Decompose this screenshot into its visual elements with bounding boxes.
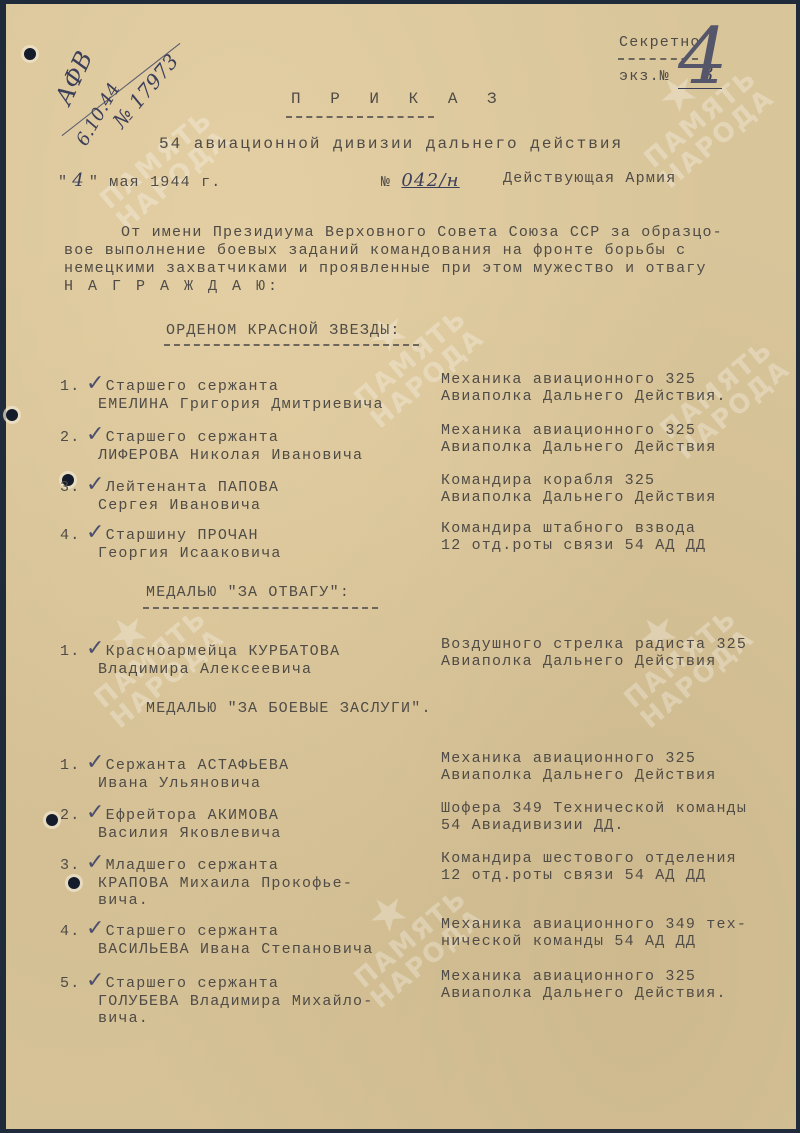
award-position: Механика авиационного 325Авиаполка Дальн…	[441, 968, 786, 1002]
award-position: Механика авиационного 325Авиаполка Дальн…	[441, 422, 786, 456]
date-month-year: мая 1944 г.	[109, 174, 221, 191]
award-position: Командира шестового отделения12 отд.роты…	[441, 850, 786, 884]
check-icon: ✓	[86, 422, 106, 447]
order-number-value: 042/н	[401, 170, 459, 191]
preamble-line: вое выполнение боевых заданий командован…	[64, 242, 686, 259]
award-entry: 2.✓Старшего сержанта ЛИФЕРОВА Николая Ив…	[60, 422, 440, 464]
check-icon: ✓	[86, 916, 106, 941]
award-entry: 5.✓Старшего сержанта ГОЛУБЕВА Владимира …	[60, 968, 440, 1027]
page-title: П Р И К А З	[291, 90, 507, 108]
section-underline	[164, 344, 419, 346]
document-page: ★ПАМЯТЬНАРОДА ★ПАМЯТЬНАРОДА ПАМЯТЬНАРОДА…	[6, 4, 796, 1129]
punch-hole	[46, 814, 58, 826]
award-entry: 2.✓Ефрейтора АКИМОВА Василия Яковлевича	[60, 800, 440, 842]
punch-hole	[6, 409, 18, 421]
preamble-line: немецкими захватчиками и проявленные при…	[64, 260, 707, 277]
award-position: Механика авиационного 325Авиаполка Дальн…	[441, 750, 786, 784]
check-icon: ✓	[86, 636, 106, 661]
preamble-line: От имени Президиума Верховного Совета Со…	[121, 224, 723, 241]
award-verb: Н А Г Р А Ж Д А Ю:	[64, 278, 280, 295]
award-position: Командира штабного взвода12 отд.роты свя…	[441, 520, 786, 554]
section-heading: МЕДАЛЬЮ "ЗА ОТВАГУ":	[146, 584, 350, 601]
title-underline	[286, 116, 434, 118]
check-icon: ✓	[86, 750, 106, 775]
award-entry: 4.✓Старшину ПРОЧАН Георгия Исааковича	[60, 520, 440, 562]
handwritten-mark: 4	[678, 12, 728, 102]
section-heading: ОРДЕНОМ КРАСНОЙ ЗВЕЗДЫ:	[166, 322, 401, 339]
award-entry: 3.✓Лейтенанта ПАПОВА Сергея Ивановича	[60, 472, 440, 514]
check-icon: ✓	[86, 850, 106, 875]
check-icon: ✓	[86, 800, 106, 825]
handwritten-note: АФВ	[49, 47, 98, 109]
check-icon: ✓	[86, 472, 106, 497]
award-entry: 3.✓Младшего сержанта КРАПОВА Михаила Про…	[60, 850, 440, 909]
subtitle: 54 авиационной дивизии дальнего действия	[159, 135, 623, 153]
award-position: Механика авиационного 325Авиаполка Дальн…	[441, 371, 786, 405]
punch-hole	[24, 48, 36, 60]
award-position: Шофера 349 Технической команды54 Авиадив…	[441, 800, 786, 834]
award-position: Воздушного стрелка радиста 325Авиаполка …	[441, 636, 786, 670]
date-line: "4" мая 1944 г.	[58, 170, 221, 191]
check-icon: ✓	[86, 371, 106, 396]
award-entry: 1.✓Сержанта АСТАФЬЕВА Ивана Ульяновича	[60, 750, 440, 792]
order-number: № 042/н	[381, 170, 460, 191]
check-icon: ✓	[86, 968, 106, 993]
date-day: 4	[68, 170, 89, 191]
award-entry: 4.✓Старшего сержанта ВАСИЛЬЕВА Ивана Сте…	[60, 916, 440, 958]
check-icon: ✓	[86, 520, 106, 545]
award-position: Командира корабля 325Авиаполка Дальнего …	[441, 472, 786, 506]
section-underline	[143, 607, 378, 609]
award-position: Механика авиационного 349 тех-нической к…	[441, 916, 786, 950]
award-entry: 1.✓Красноармейца КУРБАТОВА Владимира Але…	[60, 636, 440, 678]
location: Действующая Армия	[503, 170, 676, 187]
copy-label: экз.№	[619, 68, 670, 85]
section-heading: МЕДАЛЬЮ "ЗА БОЕВЫЕ ЗАСЛУГИ".	[146, 700, 432, 717]
award-entry: 1.✓Старшего сержанта ЕМЕЛИНА Григория Дм…	[60, 371, 440, 413]
